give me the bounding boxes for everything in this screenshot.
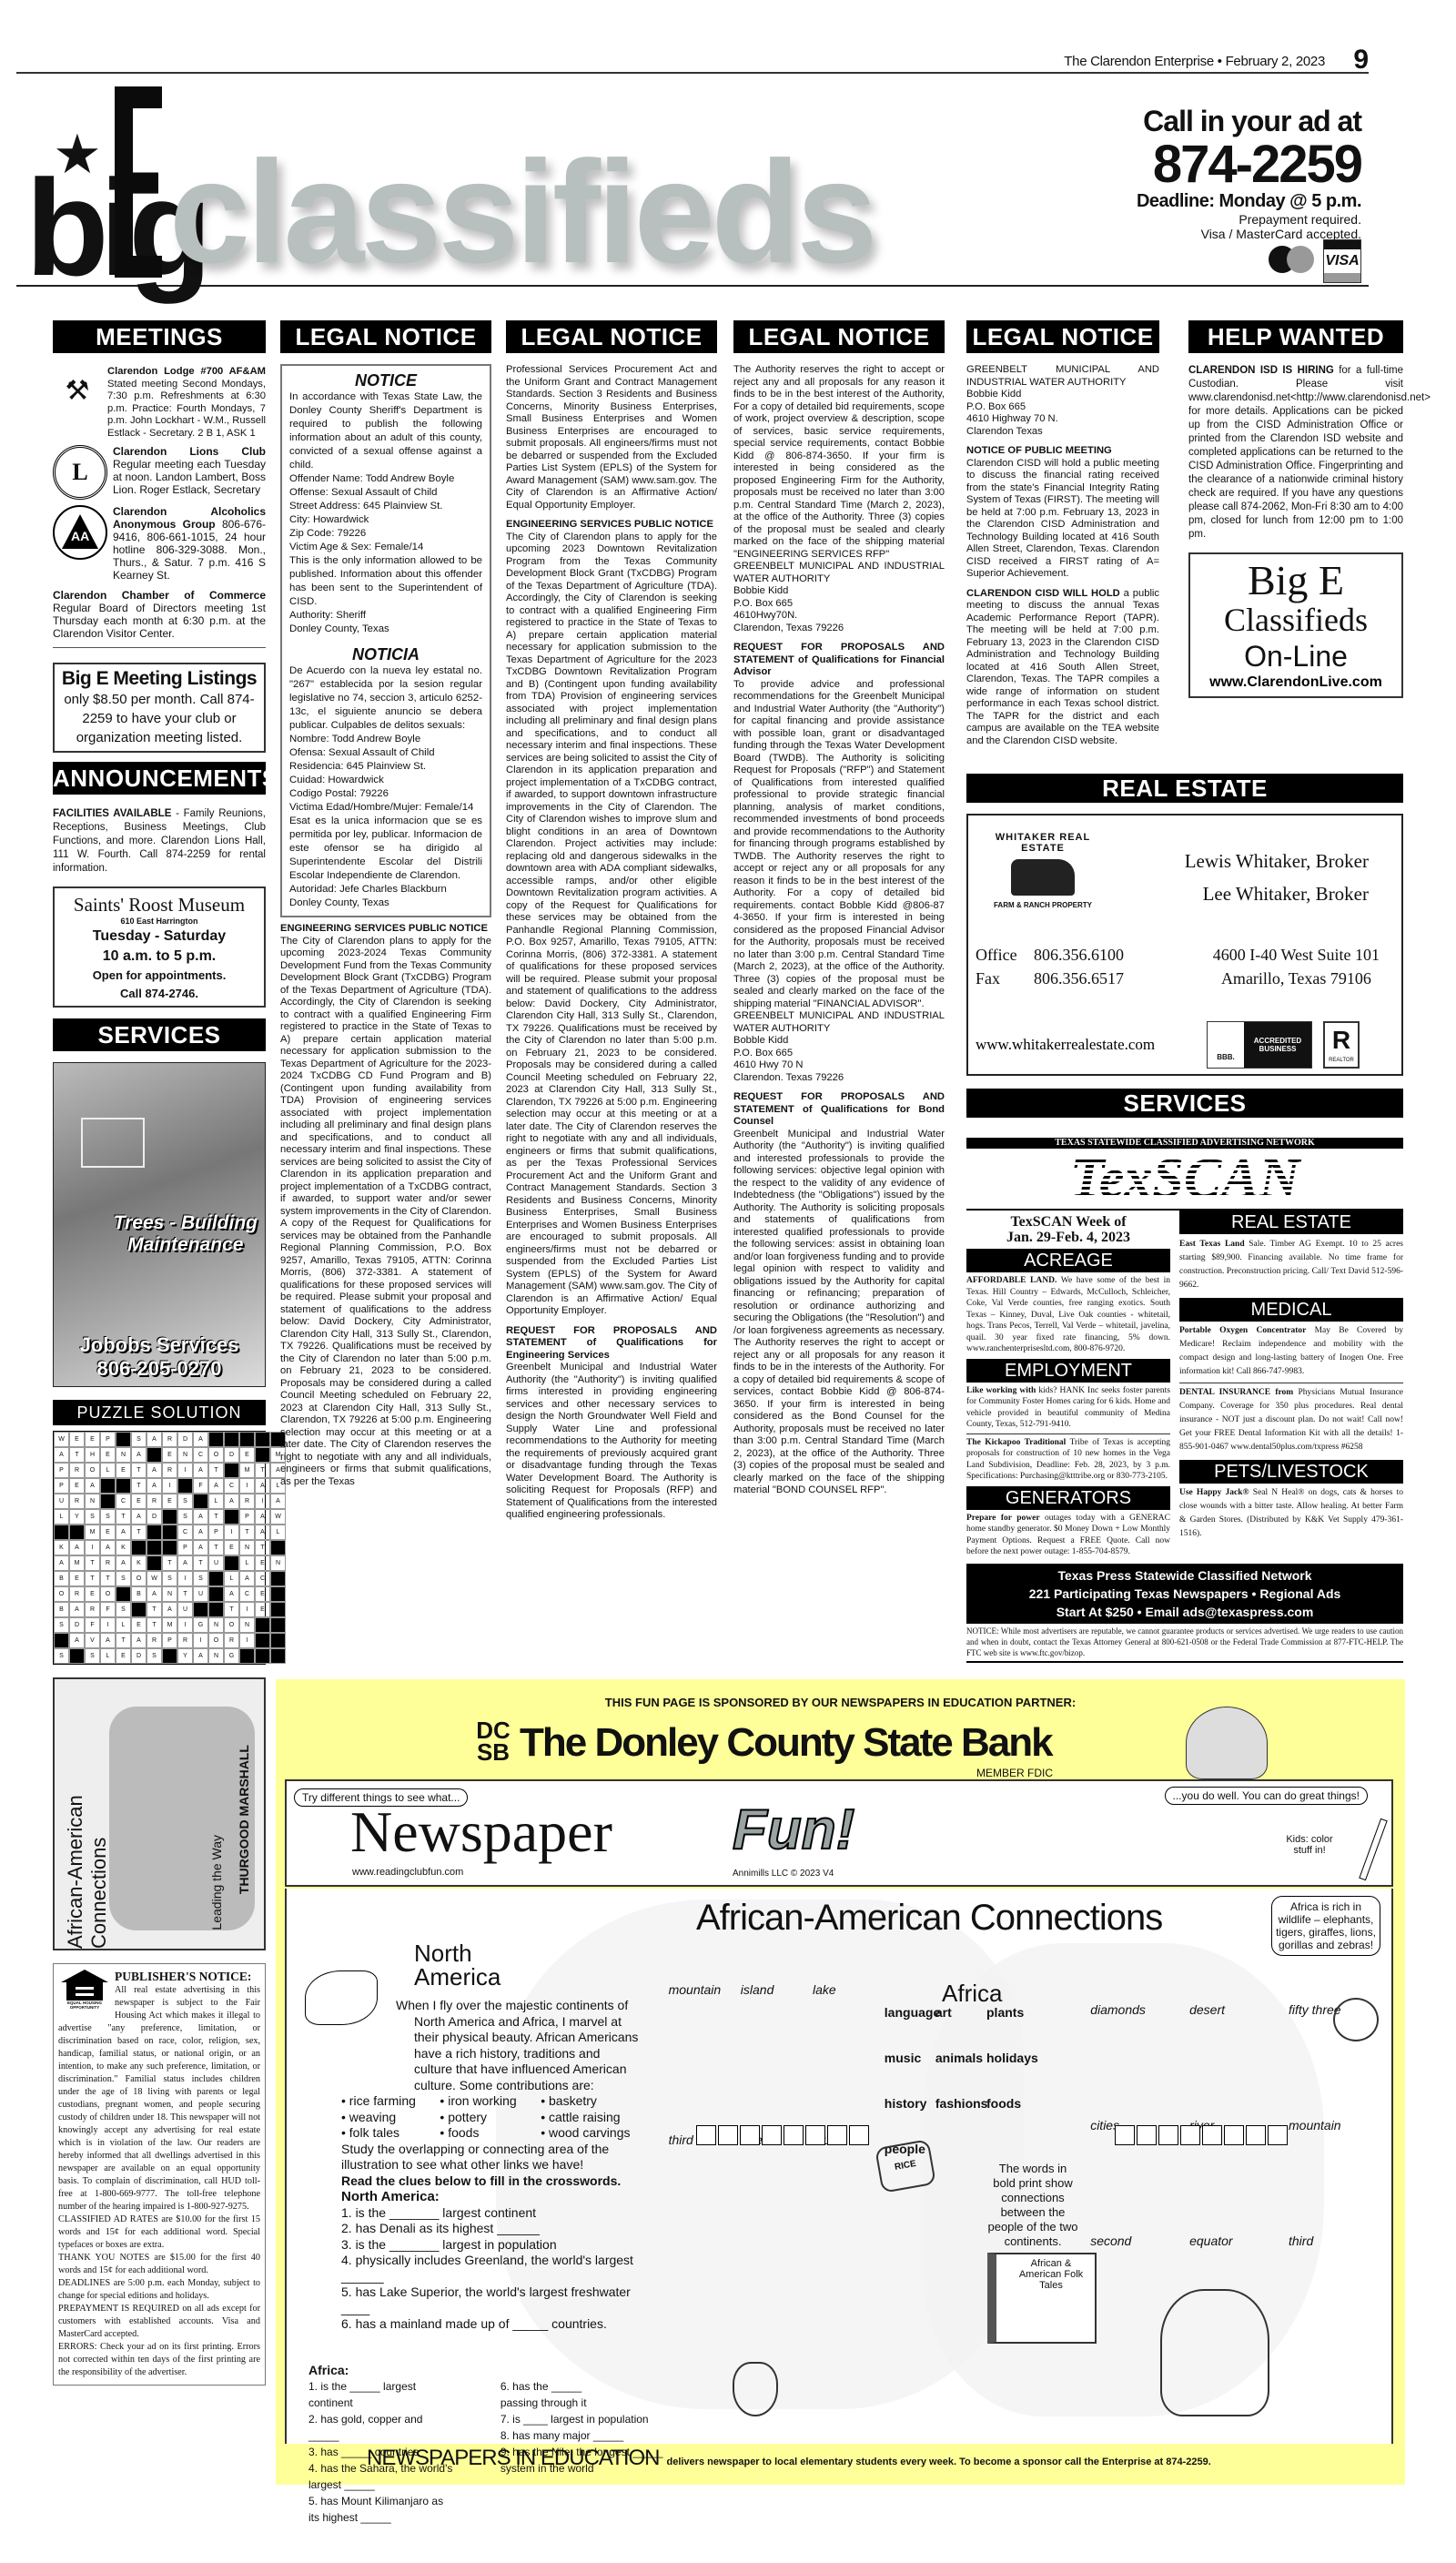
solution-cell: I xyxy=(100,1617,116,1633)
solution-cell: M xyxy=(85,1525,100,1540)
solution-cell: K xyxy=(116,1540,131,1555)
real-estate-section: REAL ESTATE WHITAKER REAL ESTATE FARM & … xyxy=(966,774,1403,1118)
column-4-legal: LEGAL NOTICE The Authority reserves the … xyxy=(733,320,945,1497)
solution-cell xyxy=(224,1555,239,1571)
column-6-help-wanted: HELP WANTED CLARENDON ISD IS HIRING for … xyxy=(1188,320,1403,698)
word-bank-word: equator xyxy=(1189,2234,1232,2248)
solution-cell: T xyxy=(208,1463,224,1478)
masthead: big ★ E classifieds Call in your ad at 8… xyxy=(16,86,1369,287)
crossword-cell[interactable] xyxy=(740,2125,760,2145)
readingclubfun-link: www.readingclubfun.com xyxy=(352,1867,463,1878)
offender-field: Codigo Postal: 79226 xyxy=(289,787,482,801)
solution-cell xyxy=(100,1478,116,1494)
solution-cell xyxy=(270,1648,286,1664)
pencil-icon xyxy=(1359,1818,1387,1881)
solution-cell: P xyxy=(54,1478,69,1494)
african-american-connections-puzzle: African-American Connections Africa is r… xyxy=(285,1889,1393,2444)
newspaper-title: Newspaper xyxy=(350,1799,612,1865)
solution-cell xyxy=(193,1494,208,1509)
newspaper-fun-banner: Try different things to see what... News… xyxy=(285,1779,1393,1887)
solution-cell xyxy=(224,1463,239,1478)
solution-cell: T xyxy=(100,1571,116,1586)
contribution-item: • folk tales xyxy=(341,2125,427,2142)
solution-cell: E xyxy=(255,1602,270,1617)
solution-cell: T xyxy=(224,1602,239,1617)
offender-field: Zip Code: 79226 xyxy=(289,527,482,541)
solution-cell: A xyxy=(147,1432,162,1447)
column-3-legal: LEGAL NOTICE Professional Services Procu… xyxy=(506,320,717,1522)
crossword-cell[interactable] xyxy=(827,2125,847,2145)
solution-cell xyxy=(270,1571,286,1586)
jobobs-services-ad: Trees - BuildingMaintenance Jobobs Servi… xyxy=(53,1062,266,1387)
crossword-cell[interactable] xyxy=(1202,2125,1222,2145)
offender-field: Nombre: Todd Andrew Boyle xyxy=(289,733,482,746)
engineering-services-body: The City of Clarendon plans to apply for… xyxy=(280,936,491,1489)
solution-cell: A xyxy=(255,1478,270,1494)
solution-cell: T xyxy=(147,1602,162,1617)
solution-cell: A xyxy=(208,1478,224,1494)
legal-text: To provide advice and professional recom… xyxy=(733,679,945,1011)
solution-cell xyxy=(239,1648,255,1664)
solution-cell: C xyxy=(224,1478,239,1494)
solution-cell: O xyxy=(100,1586,116,1602)
solution-cell: E xyxy=(162,1494,177,1509)
contribution-item: • cattle raising xyxy=(541,2110,642,2126)
contribution-item: • basketry xyxy=(541,2093,642,2110)
solution-cell: T xyxy=(162,1555,177,1571)
solution-cell: R xyxy=(162,1432,177,1447)
solution-cell: A xyxy=(255,1525,270,1540)
solution-cell xyxy=(147,1540,162,1555)
solution-cell: T xyxy=(208,1540,224,1555)
solution-cell: O xyxy=(54,1586,69,1602)
solution-cell: E xyxy=(100,1525,116,1540)
contribution-item: • rice farming xyxy=(341,2093,427,2110)
fun-page-solution-thumbnail: African-American Connections THURGOOD MA… xyxy=(53,1677,266,1950)
africa-crossword: diamondsdesertfifty threecitiesrivermoun… xyxy=(1078,1989,1379,2335)
offender-field: Cuidad: Howardwick xyxy=(289,774,482,787)
clue: 6. has the _____ xyxy=(500,2378,672,2395)
clue: 3. is the _______ largest in population xyxy=(341,2237,642,2254)
solution-cell xyxy=(131,1540,147,1555)
crossword-cell[interactable] xyxy=(1224,2125,1244,2145)
solution-cell xyxy=(208,1432,224,1447)
solution-cell: O xyxy=(85,1463,100,1478)
solution-cell: P xyxy=(162,1633,177,1648)
solution-cell: C xyxy=(116,1494,131,1509)
solution-cell: S xyxy=(116,1602,131,1617)
solution-cell: G xyxy=(193,1617,208,1633)
solution-cell xyxy=(147,1555,162,1571)
word-bank-word: art xyxy=(935,2005,952,2020)
solution-cell: E xyxy=(85,1432,100,1447)
clue: 2. has gold, copper and _____ xyxy=(308,2411,455,2444)
solution-cell: I xyxy=(177,1463,193,1478)
solution-cell: I xyxy=(193,1633,208,1648)
address-line: Bobbie Kidd xyxy=(733,585,945,598)
cat-face-icon xyxy=(1333,1998,1379,2041)
rfp-title: REQUEST FOR PROPOSALS AND STATEMENT of Q… xyxy=(733,642,945,679)
solution-cell: W xyxy=(147,1571,162,1586)
word-bank-word: third xyxy=(1289,2234,1313,2248)
museum-ad: Saints' Roost Museum 610 East Harrington… xyxy=(53,886,266,1008)
word-bank-word: foods xyxy=(986,2096,1021,2111)
mastercard-icon xyxy=(1269,239,1316,279)
address-line: Clarendon. Texas 79226 xyxy=(733,1072,945,1085)
address-block: GREENBELT MUNICIPAL AND INDUSTRIAL WATER… xyxy=(733,1010,945,1084)
advertiser-notice: NOTICE: While most advertisers are reput… xyxy=(966,1626,1403,1663)
crossword-cell[interactable] xyxy=(1158,2125,1178,2145)
meeting-item: ⚒ Clarendon Lodge #700 AF&AM Stated meet… xyxy=(53,366,266,440)
word-bank-word: plants xyxy=(986,2005,1024,2020)
offender-field: Offense: Sexual Assault of Child xyxy=(289,486,482,500)
offender-field: Ofensa: Sexual Assault of Child xyxy=(289,746,482,760)
solution-cell: I xyxy=(177,1571,193,1586)
solution-cell xyxy=(270,1586,286,1602)
ad-phone: 874-2259 xyxy=(1137,138,1361,191)
whitaker-logo: WHITAKER REAL ESTATE FARM & RANCH PROPER… xyxy=(979,832,1107,909)
word-bank-word: diamonds xyxy=(1090,2002,1146,2017)
bank-logo: DC SB The Donley County State Bank xyxy=(476,1719,1052,1763)
solution-cell: L xyxy=(100,1463,116,1478)
solution-cell xyxy=(255,1633,270,1648)
solution-cell xyxy=(100,1494,116,1509)
solution-cell: A xyxy=(147,1478,162,1494)
clue: passing through it xyxy=(500,2395,672,2411)
offender-field: Victim Age & Sex: Female/14 xyxy=(289,541,482,554)
masonic-square-compass-icon: ⚒ xyxy=(53,366,102,417)
meetings-list: ⚒ Clarendon Lodge #700 AF&AM Stated meet… xyxy=(53,366,266,648)
crossword-cell[interactable] xyxy=(784,2125,804,2145)
member-fdic: MEMBER FDIC xyxy=(976,1767,1053,1779)
solution-cell: I xyxy=(239,1478,255,1494)
newspaper-fun-page: THIS FUN PAGE IS SPONSORED BY OUR NEWSPA… xyxy=(276,1679,1405,2485)
solution-cell xyxy=(255,1648,270,1664)
legal-text: The Authority reserves the right to acce… xyxy=(733,364,945,561)
help-wanted-header: HELP WANTED xyxy=(1188,320,1403,353)
engineering-services-title: ENGINEERING SERVICES PUBLIC NOTICE xyxy=(506,519,717,532)
address-line: Bobble Kidd xyxy=(733,1035,945,1048)
word-bank-word: music xyxy=(885,2051,921,2065)
solution-cell: E xyxy=(100,1447,116,1463)
word-bank-word: holidays xyxy=(986,2051,1038,2065)
offender-field: Residencia: 645 Plainview St. xyxy=(289,760,482,774)
employment-header: EMPLOYMENT xyxy=(966,1359,1170,1383)
solution-cell: A xyxy=(54,1555,69,1571)
texscan-left-col: TexSCAN Week ofJan. 29-Feb. 4, 2023 ACRE… xyxy=(966,1211,1170,1558)
solution-cell: F xyxy=(85,1617,100,1633)
solution-cell xyxy=(193,1602,208,1617)
legal-text: The City of Clarendon plans to apply for… xyxy=(506,532,717,1318)
solution-cell: L xyxy=(54,1509,69,1525)
crossword-cell[interactable] xyxy=(1180,2125,1200,2145)
crossword-cell[interactable] xyxy=(718,2125,738,2145)
solution-cell: D xyxy=(177,1432,193,1447)
star-icon: ★ xyxy=(53,123,102,187)
solution-cell: N xyxy=(208,1617,224,1633)
solution-cell: U xyxy=(193,1586,208,1602)
solution-cell xyxy=(208,1602,224,1617)
solution-cell: R xyxy=(100,1555,116,1571)
contribution-item: • wood carvings xyxy=(541,2125,642,2142)
crossword-cell[interactable] xyxy=(849,2125,869,2145)
contribution-item: • iron working xyxy=(440,2093,528,2110)
address-line: P.O. Box 665 xyxy=(733,598,945,611)
address-line: Clarendon Texas xyxy=(966,426,1159,439)
solution-cell: E xyxy=(131,1617,147,1633)
solution-cell: A xyxy=(131,1447,147,1463)
contribution-item: • weaving xyxy=(341,2110,427,2126)
folio-publication: The Clarendon Enterprise • February 2, 2… xyxy=(1064,54,1325,69)
word-bank-word: animals xyxy=(935,2051,983,2065)
solution-cell xyxy=(162,1525,177,1540)
crossword-cell[interactable] xyxy=(1268,2125,1288,2145)
solution-cell: N xyxy=(177,1447,193,1463)
page-number: 9 xyxy=(1353,45,1369,76)
solution-cell: A xyxy=(100,1633,116,1648)
folk-tales-book: African & American Folk Tales xyxy=(987,2253,1097,2344)
legal-text: Greenbelt Municipal and Industrial Water… xyxy=(733,1129,945,1497)
solution-cell: P xyxy=(239,1509,255,1525)
crossword-cell[interactable] xyxy=(762,2125,782,2145)
solution-cell: E xyxy=(224,1540,239,1555)
puzzle-intro: When I fly over the majestic continents … xyxy=(341,1998,642,2333)
solution-cell: F xyxy=(100,1602,116,1617)
puzzle-title: African-American Connections xyxy=(696,1898,1162,1939)
puzzle-solution-header: PUZZLE SOLUTION xyxy=(53,1400,266,1425)
word-bank-word: desert xyxy=(1189,2002,1225,2017)
solution-cell: T xyxy=(116,1633,131,1648)
clue: 7. is ____ largest in population xyxy=(500,2411,672,2427)
whitaker-website-link[interactable]: www.whitakerrealestate.com xyxy=(976,1036,1155,1054)
solution-cell: N xyxy=(116,1447,131,1463)
solution-cell: I xyxy=(224,1525,239,1540)
solution-cell: A xyxy=(193,1648,208,1664)
solution-cell: A xyxy=(193,1432,208,1447)
solution-cell: T xyxy=(193,1555,208,1571)
announcements-header: ANNOUNCEMENTS xyxy=(53,762,266,795)
solution-cell: E xyxy=(131,1494,147,1509)
solution-cell: I xyxy=(239,1633,255,1648)
solution-cell xyxy=(270,1540,286,1555)
solution-cell xyxy=(255,1447,270,1463)
texscan-logo: TexSCAN xyxy=(966,1149,1403,1211)
solution-cell xyxy=(177,1478,193,1494)
address-line: Bobbie Kidd xyxy=(966,389,1159,401)
address-line: GREENBELT MUNICIPAL AND INDUSTRIAL WATER… xyxy=(733,1010,945,1035)
solution-cell: S xyxy=(147,1648,162,1664)
solution-cell xyxy=(69,1648,85,1664)
solution-cell xyxy=(270,1617,286,1633)
clue: 5. has Lake Superior, the world's larges… xyxy=(341,2284,642,2316)
solution-cell: A xyxy=(131,1509,147,1525)
solution-cell: A xyxy=(116,1555,131,1571)
solution-cell xyxy=(224,1509,239,1525)
solution-cell xyxy=(162,1540,177,1555)
solution-cell xyxy=(208,1586,224,1602)
column-5-legal: LEGAL NOTICE GREENBELT MUNICIPAL AND IND… xyxy=(966,320,1159,747)
prepay-note: Prepayment required. xyxy=(1137,212,1361,227)
solution-cell: A xyxy=(193,1509,208,1525)
call-in-ad-block: Call in your ad at 874-2259 Deadline: Mo… xyxy=(1137,105,1361,241)
realtor-icon: R REALTOR xyxy=(1323,1021,1360,1069)
solution-cell: P xyxy=(54,1463,69,1478)
solution-cell: T xyxy=(85,1571,100,1586)
address-line: GREENBELT MUNICIPAL AND INDUSTRIAL WATER… xyxy=(733,561,945,585)
meeting-item: Clarendon Chamber of Commerce Regular Bo… xyxy=(53,589,266,648)
africa-clues: Africa: 1. is the _____ largest continen… xyxy=(308,2362,672,2526)
solution-cell: E xyxy=(69,1571,85,1586)
texscan-section: TEXAS STATEWIDE CLASSIFIED ADVERTISING N… xyxy=(966,1138,1403,1663)
legal-notice-header: LEGAL NOTICE xyxy=(280,320,491,353)
clue: 8. has many major _____ xyxy=(500,2427,672,2444)
services-header: SERVICES xyxy=(966,1089,1403,1118)
solution-cell: R xyxy=(69,1586,85,1602)
cattle-longhorn-icon xyxy=(1160,2289,1269,2416)
solution-cell: C xyxy=(177,1525,193,1540)
texscan-right-col: REAL ESTATE East Texas Land Sale. Timber… xyxy=(1179,1211,1403,1558)
solution-cell: U xyxy=(54,1494,69,1509)
crossword-cell[interactable] xyxy=(805,2125,825,2145)
word-bank-word: third xyxy=(669,2132,693,2147)
address-line: 4610 Hwy 70 N xyxy=(733,1059,945,1072)
solution-cell: A xyxy=(54,1447,69,1463)
lions-club-icon: L xyxy=(53,445,107,500)
solution-cell xyxy=(208,1571,224,1586)
solution-cell: R xyxy=(69,1463,85,1478)
custodian-ad: CLARENDON ISD IS HIRING for a full-time … xyxy=(1188,364,1403,542)
crossword-cell[interactable] xyxy=(1137,2125,1157,2145)
solution-cell: E xyxy=(162,1447,177,1463)
solution-cell xyxy=(54,1633,69,1648)
solution-cell: W xyxy=(54,1432,69,1447)
solution-cell: M xyxy=(69,1555,85,1571)
solution-cell: T xyxy=(116,1509,131,1525)
clarendonlive-link[interactable]: www.ClarendonLive.com xyxy=(1209,674,1382,690)
contribution-item: • pottery xyxy=(440,2110,528,2126)
solution-cell: T xyxy=(131,1463,147,1478)
solution-cell: D xyxy=(147,1509,162,1525)
acreage-header: ACREAGE xyxy=(966,1249,1170,1272)
solution-cell: A xyxy=(193,1525,208,1540)
solution-cell: T xyxy=(131,1525,147,1540)
word-bank-word: fashions xyxy=(935,2096,988,2111)
solution-cell: L xyxy=(224,1571,239,1586)
solution-cell: T xyxy=(239,1525,255,1540)
solution-cell: S xyxy=(131,1432,147,1447)
solution-cell: I xyxy=(239,1602,255,1617)
solution-cell: T xyxy=(177,1586,193,1602)
solution-cell: T xyxy=(131,1478,147,1494)
solution-cell: M xyxy=(239,1463,255,1478)
solution-cell: R xyxy=(239,1494,255,1509)
solution-cell: W xyxy=(270,1509,286,1525)
north-america-label: North America xyxy=(414,1941,487,1989)
publishers-notice: EQUAL HOUSING OPPORTUNITY PUBLISHER'S NO… xyxy=(53,1963,266,2386)
solution-cell: R xyxy=(69,1494,85,1509)
crossword-cell[interactable] xyxy=(1115,2125,1135,2145)
aa-triangle-icon: AA xyxy=(53,505,107,560)
solution-cell xyxy=(270,1602,286,1617)
solution-cell: K xyxy=(54,1540,69,1555)
bucket-lift-icon xyxy=(81,1118,145,1168)
call-line: Call in your ad at xyxy=(1137,105,1361,138)
solution-cell: S xyxy=(54,1648,69,1664)
clue: 6. has a mainland made up of _____ count… xyxy=(341,2316,642,2333)
word-bank-word: island xyxy=(741,1982,774,1997)
solution-cell: L xyxy=(100,1648,116,1664)
solution-cell: O xyxy=(208,1447,224,1463)
solution-cell: E xyxy=(116,1463,131,1478)
word-bank-word: mountain xyxy=(1289,2118,1341,2132)
solution-cell: O xyxy=(208,1633,224,1648)
solution-cell: I xyxy=(255,1494,270,1509)
crossword-cell[interactable] xyxy=(1246,2125,1266,2145)
solution-cell xyxy=(255,1432,270,1447)
solution-cell: P xyxy=(208,1525,224,1540)
solution-cell: O xyxy=(224,1617,239,1633)
solution-cell: L xyxy=(116,1617,131,1633)
solution-cell: A xyxy=(100,1540,116,1555)
fun-title: Fun! xyxy=(733,1798,854,1862)
solution-cell: A xyxy=(224,1494,239,1509)
solution-cell: B xyxy=(54,1571,69,1586)
solution-cell xyxy=(239,1432,255,1447)
page-folio: The Clarendon Enterprise • February 2, 2… xyxy=(16,50,1369,74)
meeting-listings-box: Big E Meeting Listings only $8.50 per mo… xyxy=(53,663,266,753)
crossword-cell[interactable] xyxy=(696,2125,716,2145)
address-line: P.O. Box 665 xyxy=(733,1048,945,1060)
solution-cell xyxy=(255,1617,270,1633)
solution-cell: A xyxy=(224,1586,239,1602)
services-header: SERVICES xyxy=(53,1018,266,1051)
rice-sack-icon: RICE xyxy=(875,2139,936,2193)
solution-cell: S xyxy=(85,1509,100,1525)
clue: 1. is the _______ largest continent xyxy=(341,2205,642,2222)
equal-housing-icon: EQUAL HOUSING OPPORTUNITY xyxy=(58,1970,111,2013)
solution-cell: I xyxy=(177,1617,193,1633)
solution-cell: S xyxy=(162,1571,177,1586)
solution-cell: R xyxy=(85,1602,100,1617)
solution-cell: E xyxy=(85,1586,100,1602)
solution-cell: A xyxy=(85,1478,100,1494)
clue: 1. is the _____ largest continent xyxy=(308,2378,455,2411)
solution-cell: S xyxy=(85,1648,100,1664)
solution-cell: D xyxy=(224,1447,239,1463)
meeting-item: L Clarendon Lions Club Regular meeting e… xyxy=(53,445,266,500)
cattle-icon xyxy=(1011,859,1075,896)
offender-field: Offender Name: Todd Andrew Boyle xyxy=(289,472,482,486)
solution-cell: S xyxy=(100,1509,116,1525)
solution-cell: E xyxy=(69,1432,85,1447)
solution-cell: E xyxy=(116,1648,131,1664)
solution-cell: A xyxy=(239,1571,255,1586)
solution-cell xyxy=(147,1447,162,1463)
clue: 5. has Mount Kilimanjaro as its highest … xyxy=(308,2493,455,2526)
solution-cell: A xyxy=(147,1463,162,1478)
solution-cell: K xyxy=(131,1555,147,1571)
address-line: 4610 Highway 70 N. xyxy=(966,413,1159,426)
address-line: P.O. Box 665 xyxy=(966,401,1159,414)
solution-cell: A xyxy=(147,1586,162,1602)
engineering-services-title: ENGINEERING SERVICES PUBLIC NOTICE xyxy=(280,923,491,936)
solution-cell xyxy=(116,1432,131,1447)
solution-cell: A xyxy=(69,1602,85,1617)
rfp-title: REQUEST FOR PROPOSALS AND STATEMENT of Q… xyxy=(733,1091,945,1129)
whitaker-ad: WHITAKER REAL ESTATE FARM & RANCH PROPER… xyxy=(966,814,1403,1076)
speech-bubble-right: ...you do well. You can do great things! xyxy=(1165,1787,1368,1805)
solution-cell: E xyxy=(255,1586,270,1602)
